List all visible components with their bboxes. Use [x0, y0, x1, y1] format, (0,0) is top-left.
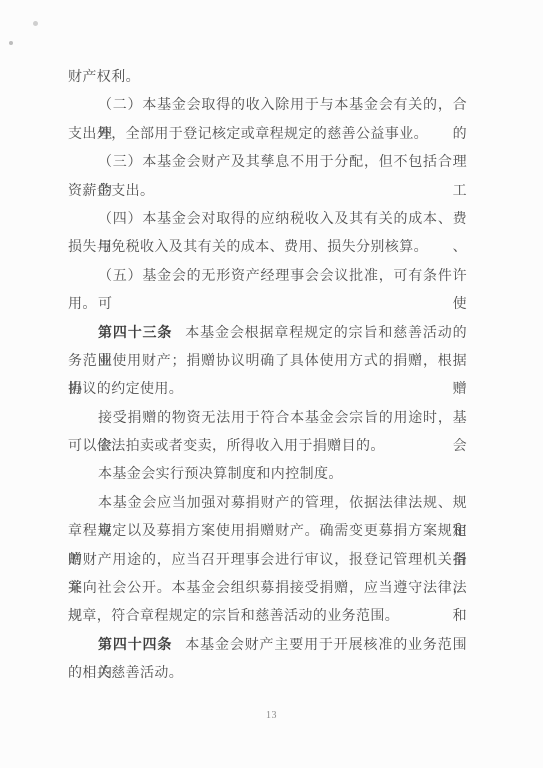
line-text: 本基金会实行预决算制度和内控制度。: [98, 467, 343, 482]
line-text: 资薪金支出。: [68, 184, 154, 199]
document-text: 财产权利。（二）本基金会取得的收入除用于与本基金会有关的，合理的支出外，全部用于…: [68, 64, 467, 689]
text-line: 财产权利。: [68, 64, 467, 92]
text-line: 接受捐赠的物资无法用于符合本基金会宗旨的用途时，基金会: [68, 405, 467, 433]
text-line: 损失与免税收入及其有关的成本、费用、损失分别核算。: [68, 234, 467, 262]
document-page: 财产权利。（二）本基金会取得的收入除用于与本基金会有关的，合理的支出外，全部用于…: [0, 0, 543, 768]
page-number: 13: [0, 710, 543, 721]
text-line: 章程规定以及募捐方案使用捐赠财产。确需变更募捐方案规定的捐: [68, 518, 467, 546]
line-text: 支出外，全部用于登记核定或章程规定的慈善公益事业。: [68, 127, 428, 142]
line-text: 的相关慈善活动。: [68, 666, 183, 681]
scan-artifact-dot: [33, 21, 38, 26]
text-line: （二）本基金会取得的收入除用于与本基金会有关的，合理的: [68, 92, 467, 120]
scan-artifact-dot: [9, 41, 13, 45]
line-text: 用。: [68, 297, 97, 312]
text-line: 第四十四条本基金会财产主要用于开展核准的业务范围内: [68, 632, 467, 660]
text-line: 本基金会实行预决算制度和内控制度。: [68, 461, 467, 489]
text-line: 并向社会公开。本基金会组织募捐接受捐赠，应当遵守法律法规和: [68, 575, 467, 603]
text-line: （五）基金会的无形资产经理事会会议批准，可有条件许可使: [68, 263, 467, 291]
line-text: 协议的约定使用。: [68, 382, 183, 397]
text-line: 第四十三条本基金会根据章程规定的宗旨和慈善活动的业: [68, 320, 467, 348]
text-line: 赠财产用途的，应当召开理事会进行审议，报登记管理机关备案，: [68, 547, 467, 575]
text-line: 务范围使用财产；捐赠协议明确了具体使用方式的捐赠，根据捐赠: [68, 348, 467, 376]
line-text: 财产权利。: [68, 70, 140, 85]
text-line: （四）本基金会对取得的应纳税收入及其有关的成本、费用、: [68, 206, 467, 234]
text-line: 支出外，全部用于登记核定或章程规定的慈善公益事业。: [68, 121, 467, 149]
article-number: 第四十四条: [98, 638, 172, 653]
text-line: 的相关慈善活动。: [68, 660, 467, 688]
line-text: 可以依法拍卖或者变卖，所得收入用于捐赠目的。: [68, 439, 385, 454]
line-text: 规章，符合章程规定的宗旨和慈善活动的业务范围。: [68, 609, 399, 624]
line-text: 损失与免税收入及其有关的成本、费用、损失分别核算。: [68, 240, 428, 255]
text-line: 本基金会应当加强对募捐财产的管理，依据法律法规、规章和: [68, 490, 467, 518]
article-number: 第四十三条: [98, 326, 172, 341]
line-text: （五）基金会的无形资产经理事会会议批准，可有条件许可使: [98, 269, 467, 312]
text-line: （三）本基金会财产及其孳息不用于分配，但不包括合理的工: [68, 149, 467, 177]
